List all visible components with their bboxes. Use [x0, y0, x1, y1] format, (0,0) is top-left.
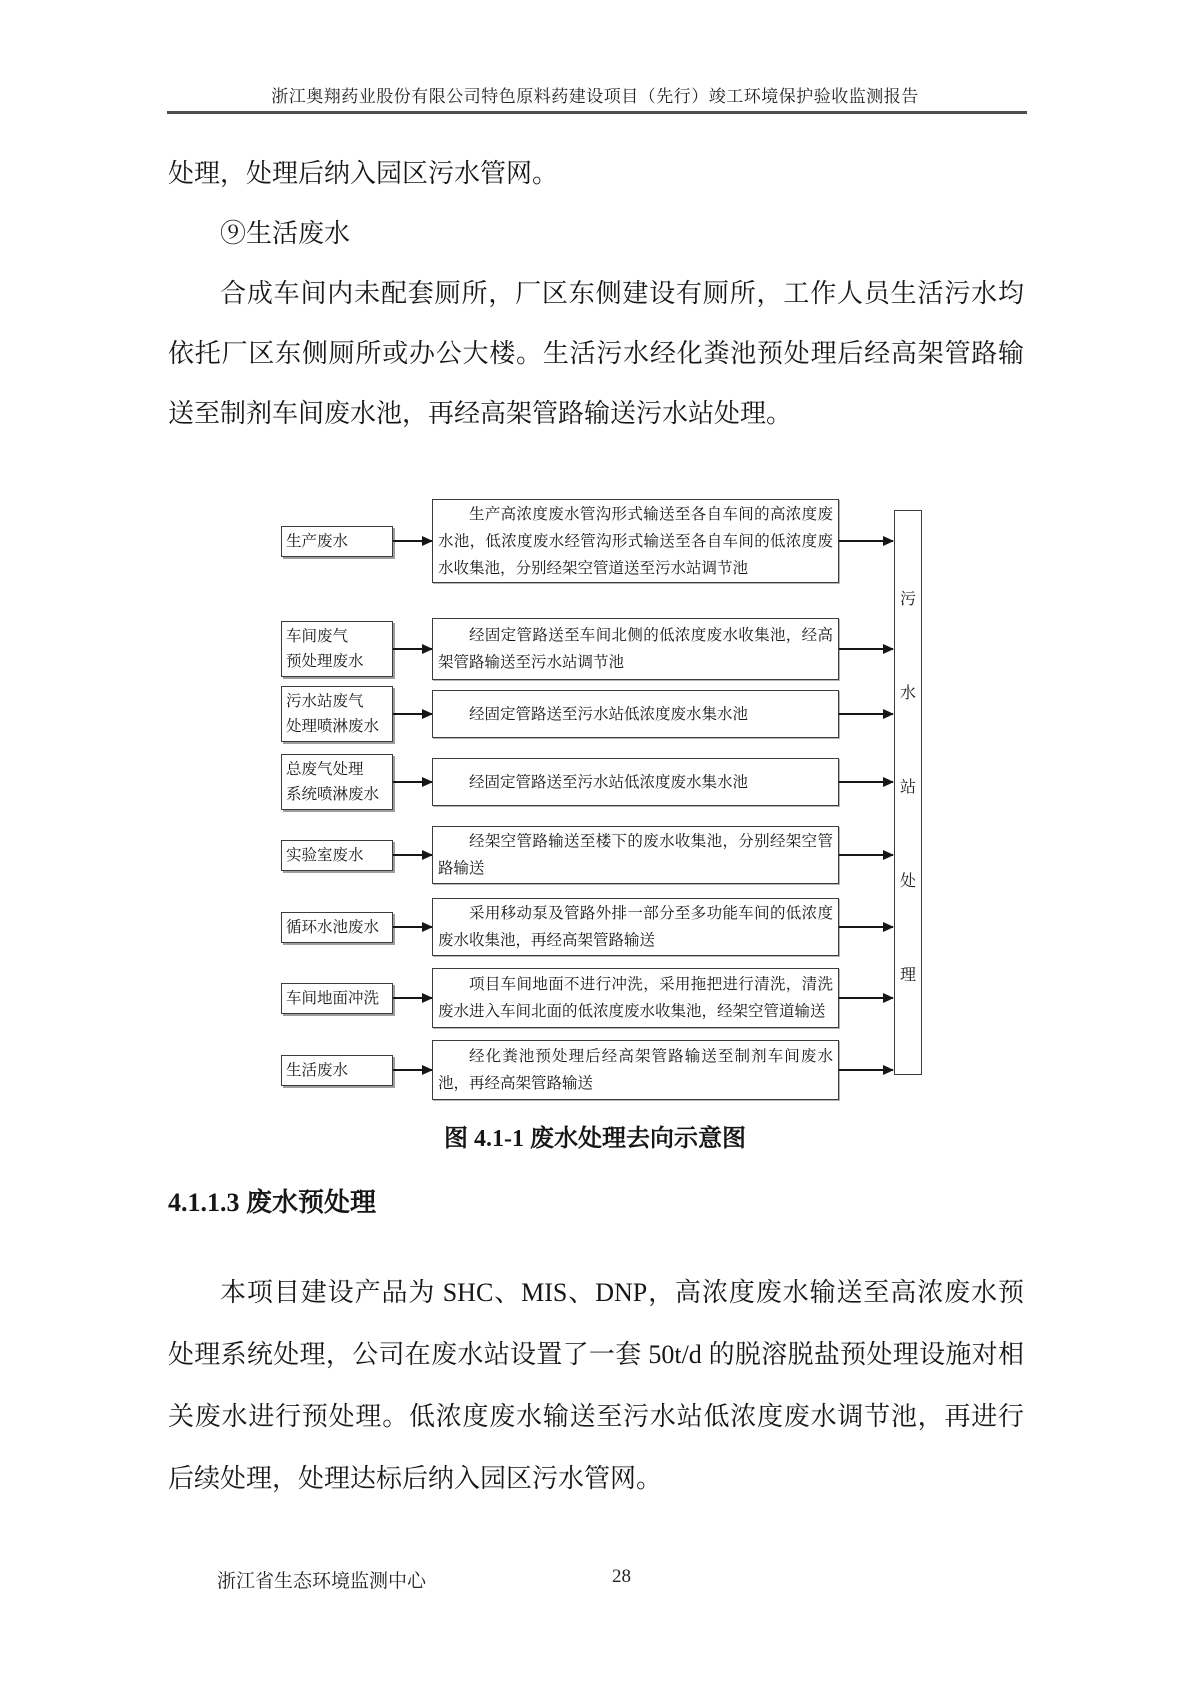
page-number: 28	[612, 1566, 631, 1588]
header-rule	[167, 111, 1027, 114]
footer-organization: 浙江省生态环境监测中心	[217, 1566, 426, 1593]
body-text-top: 处理，处理后纳入园区污水管网。 ⑨生活废水 合成车间内未配套厕所，厂区东侧建设有…	[168, 144, 1024, 444]
arrow-right-icon	[839, 781, 893, 783]
flow-row-circulating-pool: 循环水池废水 采用移动泵及管路外排一部分至多功能车间的低浓度废水收集池，再经高架…	[281, 898, 894, 956]
flow-row-sewage-station-spray: 污水站废气 处理喷淋废水 经固定管路送至污水站低浓度废水集水池	[281, 690, 894, 738]
flow-row-floor-washing: 车间地面冲洗 项目车间地面不进行冲洗，采用拖把进行清洗，清洗废水进入车间北面的低…	[281, 968, 894, 1028]
destination-box: 采用移动泵及管路外排一部分至多功能车间的低浓度废水收集池，再经高架管路输送	[432, 898, 839, 956]
arrow-right-icon	[839, 1069, 893, 1071]
arrow-right-icon	[839, 854, 893, 856]
arrow-right-icon	[393, 926, 432, 928]
destination-text: 项目车间地面不进行冲洗，采用拖把进行清洗，清洗废水进入车间北面的低浓度废水收集池…	[433, 971, 838, 1025]
arrow-right-icon	[393, 781, 432, 783]
section-paragraph: 本项目建设产品为 SHC、MIS、DNP，高浓度废水输送至高浓废水预处理系统处理…	[168, 1262, 1024, 1510]
source-box: 污水站废气 处理喷淋废水	[281, 686, 393, 742]
destination-text: 采用移动泵及管路外排一部分至多功能车间的低浓度废水收集池，再经高架管路输送	[433, 900, 838, 954]
destination-box: 项目车间地面不进行冲洗，采用拖把进行清洗，清洗废水进入车间北面的低浓度废水收集池…	[432, 968, 839, 1028]
flow-row-domestic-wastewater: 生活废水 经化粪池预处理后经高架管路输送至制剂车间废水池，再经高架管路输送	[281, 1040, 894, 1100]
source-box: 生产废水	[281, 526, 393, 557]
flow-row-laboratory-wastewater: 实验室废水 经架空管路输送至楼下的废水收集池，分别经架空管路输送	[281, 826, 894, 884]
arrow-right-icon	[393, 540, 432, 542]
source-box: 生活废水	[281, 1055, 393, 1086]
destination-text: 经固定管路送至污水站低浓度废水集水池	[433, 769, 838, 796]
flow-row-total-exhaust-spray: 总废气处理 系统喷淋废水 经固定管路送至污水站低浓度废水集水池	[281, 758, 894, 806]
arrow-right-icon	[839, 713, 893, 715]
source-box: 实验室废水	[281, 840, 393, 871]
destination-box: 经架空管路输送至楼下的废水收集池，分别经架空管路输送	[432, 826, 839, 884]
destination-box: 经固定管路送至污水站低浓度废水集水池	[432, 758, 839, 806]
flow-row-production-wastewater: 生产废水 生产高浓度废水管沟形式输送至各自车间的高浓度废水池，低浓度废水经管沟形…	[281, 499, 894, 583]
source-box: 循环水池废水	[281, 912, 393, 943]
document-page: 浙江奥翔药业股份有限公司特色原料药建设项目（先行）竣工环境保护验收监测报告 处理…	[0, 0, 1190, 1683]
arrow-right-icon	[839, 926, 893, 928]
destination-box: 生产高浓度废水管沟形式输送至各自车间的高浓度废水池，低浓度废水经管沟形式输送至各…	[432, 499, 839, 583]
destination-box: 经化粪池预处理后经高架管路输送至制剂车间废水池，再经高架管路输送	[432, 1040, 839, 1100]
arrow-right-icon	[393, 854, 432, 856]
arrow-right-icon	[839, 540, 893, 542]
source-box: 总废气处理 系统喷淋废水	[281, 754, 393, 810]
figure-caption: 图 4.1-1 废水处理去向示意图	[0, 1118, 1190, 1153]
arrow-right-icon	[839, 997, 893, 999]
source-box: 车间废气 预处理废水	[281, 621, 393, 677]
destination-text: 经架空管路输送至楼下的废水收集池，分别经架空管路输送	[433, 828, 838, 882]
destination-box: 经固定管路送至车间北侧的低浓度废水收集池，经高架管路输送至污水站调节池	[432, 618, 839, 680]
destination-text: 生产高浓度废水管沟形式输送至各自车间的高浓度废水池，低浓度废水经管沟形式输送至各…	[433, 501, 838, 582]
destination-text: 经化粪池预处理后经高架管路输送至制剂车间废水池，再经高架管路输送	[433, 1043, 838, 1097]
list-item-heading: ⑨生活废水	[168, 204, 1024, 264]
destination-box: 经固定管路送至污水站低浓度废水集水池	[432, 690, 839, 738]
arrow-right-icon	[393, 1069, 432, 1071]
arrow-right-icon	[393, 713, 432, 715]
paragraph-continuation: 处理，处理后纳入园区污水管网。	[168, 144, 1024, 204]
arrow-right-icon	[393, 997, 432, 999]
flow-row-workshop-exhaust: 车间废气 预处理废水 经固定管路送至车间北侧的低浓度废水收集池，经高架管路输送至…	[281, 618, 894, 680]
section-heading: 4.1.1.3 废水预处理	[168, 1182, 376, 1219]
source-box: 车间地面冲洗	[281, 983, 393, 1014]
arrow-right-icon	[839, 648, 893, 650]
page-header-title: 浙江奥翔药业股份有限公司特色原料药建设项目（先行）竣工环境保护验收监测报告	[0, 82, 1190, 107]
sewage-station-treatment-box: 污 水 站 处 理	[894, 510, 922, 1075]
destination-text: 经固定管路送至污水站低浓度废水集水池	[433, 701, 838, 728]
paragraph-domestic-wastewater: 合成车间内未配套厕所，厂区东侧建设有厕所，工作人员生活污水均依托厂区东侧厕所或办…	[168, 264, 1024, 444]
destination-text: 经固定管路送至车间北侧的低浓度废水收集池，经高架管路输送至污水站调节池	[433, 622, 838, 676]
arrow-right-icon	[393, 648, 432, 650]
